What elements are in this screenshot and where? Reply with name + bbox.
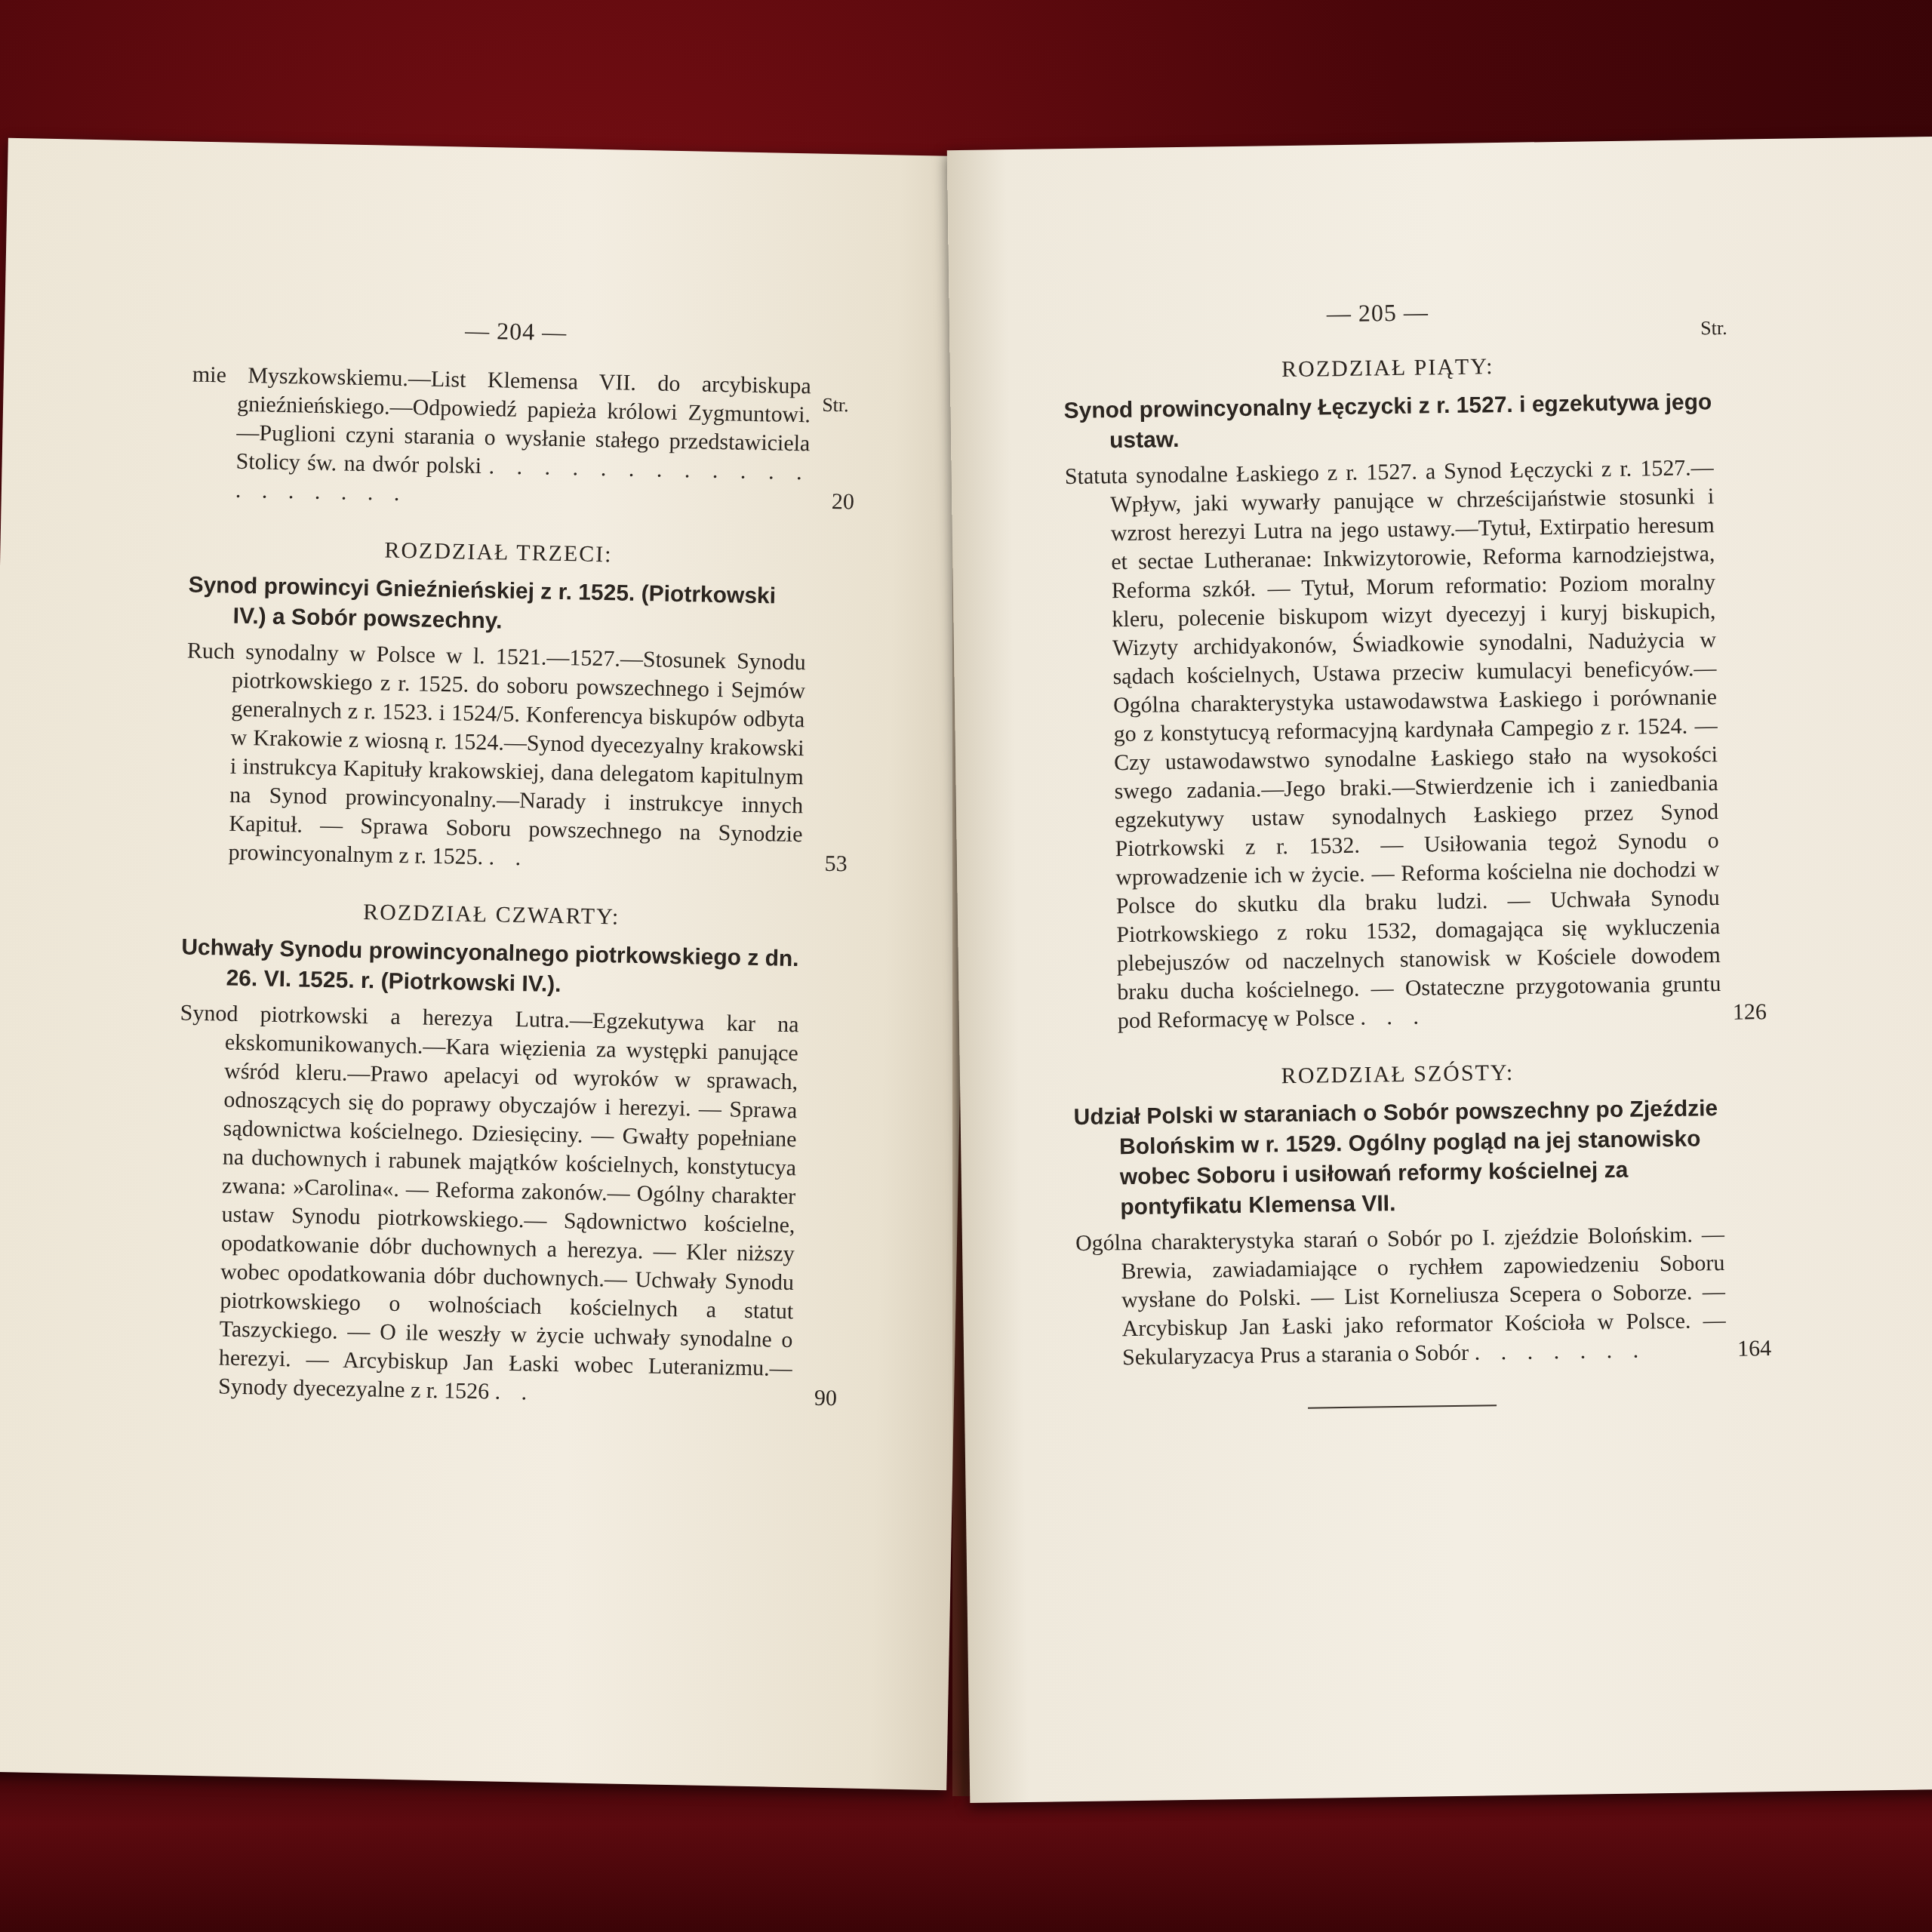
page-number-folio: — 204 — (465, 317, 568, 347)
toc-entry: Ogólna charakterystyka starań o Sobór po… (1075, 1220, 1727, 1373)
dot-leader: . . (494, 1380, 534, 1405)
toc-content-right: ROZDZIAŁ PIĄTY: Synod prowincyonalny Łęc… (1063, 321, 1727, 1412)
left-page: — 204 — Str. mie Myszkowskiemu.—List Kle… (0, 138, 978, 1790)
entry-page-number: 126 (1733, 998, 1767, 1027)
chapter-heading: ROZDZIAŁ TRZECI: (189, 534, 808, 572)
dot-leader: . . . . . . . (1474, 1337, 1646, 1364)
entry-page-number: 20 (831, 488, 854, 517)
page-column-label: Str. (822, 394, 849, 417)
open-book: — 204 — Str. mie Myszkowskiemu.—List Kle… (0, 0, 1932, 1932)
toc-content-left: mie Myszkowskiemu.—List Klemensa VII. do… (173, 361, 811, 1412)
chapter-title: Synod prowincyi Gnieźnieńskiej z r. 1525… (187, 571, 807, 643)
toc-entry: Synod piotrkowski a herezya Lutra.—Egzek… (173, 998, 799, 1412)
chapter-title: Udział Polski w staraniach o Sobór powsz… (1073, 1094, 1724, 1223)
entry-text: Synod piotrkowski a herezya Lutra.—Egzek… (180, 1000, 798, 1404)
end-rule-divider (1308, 1404, 1497, 1408)
chapter-title: Uchwały Synodu prowincyonalnego piotrkow… (180, 932, 800, 1004)
page-number-folio: — 205 — (1327, 298, 1429, 328)
entry-page-number: 164 (1737, 1334, 1772, 1364)
toc-entry: mie Myszkowskiemu.—List Klemensa VII. do… (190, 361, 811, 516)
entry-page-number: 53 (824, 850, 848, 879)
dot-leader: . . (488, 844, 528, 870)
toc-entry: Statuta synodalne Łaskiego z r. 1527. a … (1065, 454, 1722, 1036)
chapter-heading: ROZDZIAŁ PIĄTY: (1063, 351, 1712, 386)
entry-page-number: 90 (814, 1384, 838, 1414)
chapter-heading: ROZDZIAŁ CZWARTY: (182, 896, 801, 934)
chapter-title: Synod prowincyonalny Łęczycki z r. 1527.… (1063, 387, 1713, 457)
toc-entry: Ruch synodalny w Polsce w l. 1521.—1527.… (183, 637, 806, 878)
entry-text: Statuta synodalne Łaskiego z r. 1527. a … (1065, 455, 1721, 1033)
right-page: — 205 — Str. ROZDZIAŁ PIĄTY: Synod prowi… (947, 137, 1932, 1803)
dot-leader: . . . (1360, 1004, 1426, 1029)
entry-text: Ruch synodalny w Polsce w l. 1521.—1527.… (187, 638, 806, 870)
chapter-heading: ROZDZIAŁ SZÓSTY: (1073, 1057, 1722, 1092)
